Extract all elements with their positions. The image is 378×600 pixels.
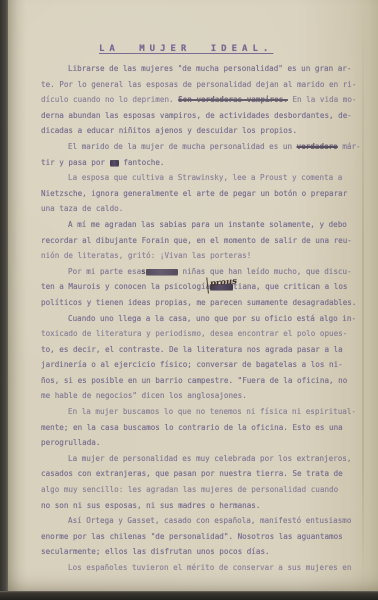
text-line: dículo cuando no lo deprimen. Son verdad… — [41, 92, 363, 108]
text-segment: te. Por lo general las esposas de person… — [41, 80, 356, 89]
text-line: mente; en la casa buscamos lo contrario … — [41, 420, 363, 436]
text-segment: jardinería o al ejercicio físico; conver… — [41, 360, 343, 369]
text-segment: mente; en la casa buscamos lo contrario … — [41, 423, 343, 432]
text-segment: Librarse de las mujeres "de mucha person… — [68, 64, 351, 73]
text-segment: Cuando uno llega a la casa, uno que por … — [68, 314, 356, 323]
text-segment: to, es decir, el contraste. De la litera… — [41, 345, 343, 354]
text-segment: A mí me agradan las sabias para un insta… — [68, 220, 347, 229]
text-segment: recordar al dibujante Forain que, en el … — [41, 236, 352, 245]
text-body: Librarse de las mujeres "de mucha person… — [41, 61, 363, 576]
text-line: te. Por lo general las esposas de person… — [41, 77, 363, 93]
text-line: Por mi parte esas niñas que han leído mu… — [41, 264, 363, 280]
text-segment: algo muy sencillo: les agradan las mujer… — [41, 485, 338, 494]
text-segment: políticos y tienen ideas propias, me par… — [41, 298, 356, 307]
text-segment: una taza de caldo. — [41, 204, 123, 213]
text-line: derna abundan las esposas vampiros, de a… — [41, 108, 363, 124]
text-line: jardinería o al ejercicio físico; conver… — [41, 357, 363, 373]
struck-text: Son verdaderas vampiros. — [178, 95, 288, 104]
document-photo: LA MUJER IDEAL. Librarse de las mujeres … — [0, 0, 378, 600]
text-line: La esposa que cultiva a Strawinsky, lee … — [41, 170, 363, 186]
text-segment: La mujer de personalidad es muy celebrad… — [68, 454, 351, 463]
text-line: secularmente; ellos las disfrutan unos p… — [41, 544, 363, 560]
text-line: dicadas a educar niñitos ajenos y descui… — [41, 123, 363, 139]
text-segment: már- — [338, 142, 361, 151]
text-line: casados con extranjeras, que pasan por n… — [41, 466, 363, 482]
text-segment: Así Ortega y Gasset, casado con española… — [68, 516, 351, 525]
text-line: ten a Maurois y conocen la psicologíapro… — [41, 279, 363, 295]
text-line: toxicado de literatura y periodismo, des… — [41, 326, 363, 342]
text-segment: Los españoles tuvieron el mérito de cons… — [68, 563, 351, 572]
text-segment: secularmente; ellos las disfrutan unos p… — [41, 547, 270, 556]
text-line: me hable de negocios" dicen los anglosaj… — [41, 388, 363, 404]
text-segment: ten a Maurois y conocen la psicología — [41, 282, 210, 291]
text-line: to, es decir, el contraste. De la litera… — [41, 342, 363, 358]
typewritten-page: LA MUJER IDEAL. Librarse de las mujeres … — [8, 0, 378, 591]
text-line: A mí me agradan las sabias para un insta… — [41, 217, 363, 233]
text-segment: Nietzsche, ignora generalmente el arte d… — [41, 189, 347, 198]
text-segment: niñas que han leído mucho, que discu- — [178, 267, 352, 276]
text-line: políticos y tienen ideas propias, me par… — [41, 295, 363, 311]
page-title: LA MUJER IDEAL. — [99, 44, 273, 54]
text-segment: me hable de negocios" dicen los anglosaj… — [41, 391, 247, 400]
text-line: nión de literatas, gritó: ¡Vivan las por… — [41, 248, 363, 264]
text-line: una taza de caldo. — [41, 201, 363, 217]
text-line: Cuando uno llega a la casa, uno que por … — [41, 311, 363, 327]
text-segment: perogrullada. — [41, 438, 100, 447]
page-content: LA MUJER IDEAL. Librarse de las mujeres … — [41, 36, 362, 576]
text-line: recordar al dibujante Forain que, en el … — [41, 233, 363, 249]
text-segment: dículo cuando no lo deprimen. — [41, 95, 178, 104]
text-segment: ños, si es posible en un barrio campestr… — [41, 376, 347, 385]
photo-edge-bottom — [0, 591, 378, 600]
text-line: tir y pasa por fantoche. — [41, 155, 363, 171]
text-line: ños, si es posible en un barrio campestr… — [41, 373, 363, 389]
text-line: perogrullada. — [41, 435, 363, 451]
text-line: Nietzsche, ignora generalmente el arte d… — [41, 186, 363, 202]
text-segment: no son ni sus esposas, ni sus madres o h… — [41, 501, 260, 510]
text-segment: nión de literatas, gritó: ¡Vivan las por… — [41, 251, 251, 260]
text-line: Librarse de las mujeres "de mucha person… — [41, 61, 363, 77]
text-segment: tir y pasa por — [41, 158, 110, 167]
struck-text: verdadero — [297, 142, 338, 151]
ink-blot-strikeout — [110, 160, 119, 166]
text-segment: casados con extranjeras, que pasan por n… — [41, 469, 343, 478]
text-segment: El marido de la mujer de mucha personali… — [68, 142, 297, 151]
text-segment: Por mi parte esa — [68, 267, 141, 276]
text-segment: En la mujer buscamos lo que no tenemos n… — [68, 407, 356, 416]
text-line: Así Ortega y Gasset, casado con española… — [41, 513, 363, 529]
text-segment: dicadas a educar niñitos ajenos y descui… — [41, 126, 297, 135]
ink-blot-strikeout — [146, 269, 178, 275]
text-segment: toxicado de literatura y periodismo, des… — [41, 329, 347, 338]
text-segment: En la vida mo- — [288, 95, 357, 104]
text-line: En la mujer buscamos lo que no tenemos n… — [41, 404, 363, 420]
text-segment: tiana, que critican a los — [233, 282, 347, 291]
text-line: El marido de la mujer de mucha personali… — [41, 139, 363, 155]
text-line: La mujer de personalidad es muy celebrad… — [41, 451, 363, 467]
text-segment: enorme por las chilenas "de personalidad… — [41, 532, 343, 541]
text-segment: fantoche. — [119, 158, 165, 167]
text-line: enorme por las chilenas "de personalidad… — [41, 529, 363, 545]
text-line: Los españoles tuvieron el mérito de cons… — [41, 560, 363, 576]
photo-edge-left — [0, 0, 8, 600]
text-segment: derna abundan las esposas vampiros, de a… — [41, 111, 352, 120]
text-line: no son ni sus esposas, ni sus madres o h… — [41, 498, 363, 514]
text-line: algo muy sencillo: les agradan las mujer… — [41, 482, 363, 498]
text-segment: La esposa que cultiva a Strawinsky, lee … — [68, 173, 342, 182]
